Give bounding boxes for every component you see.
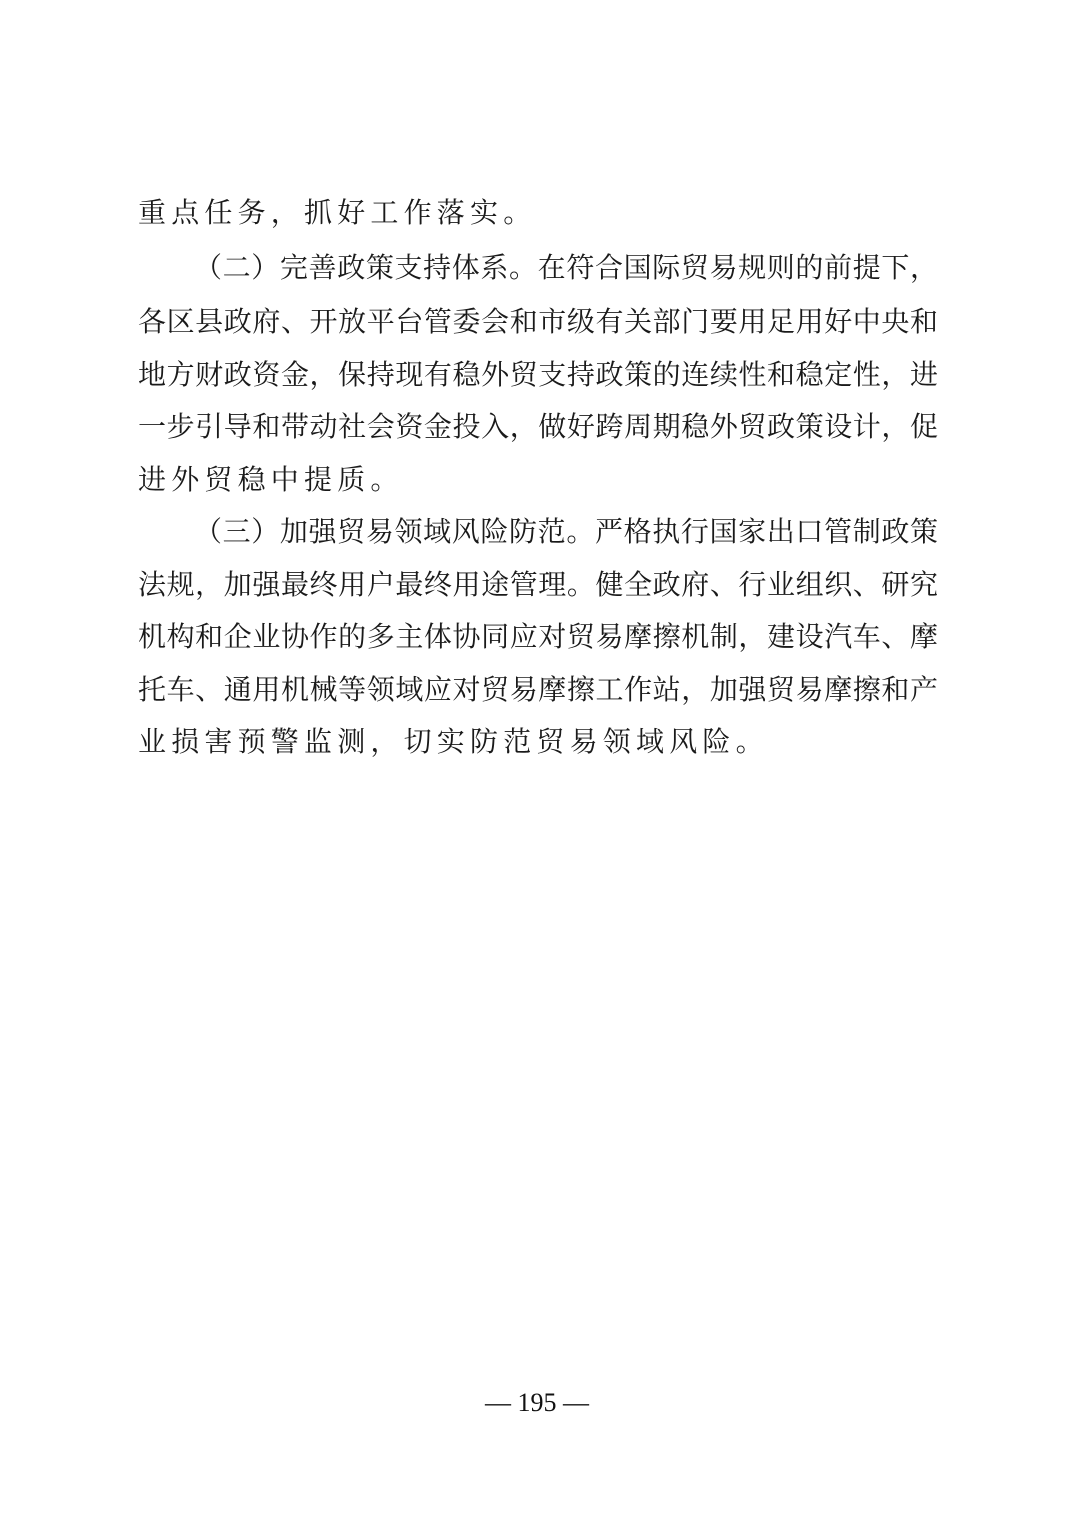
paragraph-line: 各区县政府、开放平台管委会和市级有关部门要用足用好中央和	[138, 306, 938, 338]
paragraph-line: 机构和企业协作的多主体协同应对贸易摩擦机制，建设汽车、摩	[138, 621, 938, 653]
section-heading-line: （二）完善政策支持体系。在符合国际贸易规则的前提下，	[194, 252, 938, 284]
page-number: — 195 —	[0, 1388, 1074, 1418]
paragraph-line: 托车、通用机械等领域应对贸易摩擦工作站，加强贸易摩擦和产	[138, 674, 938, 706]
paragraph-line: 法规，加强最终用户最终用途管理。健全政府、行业组织、研究	[138, 569, 938, 601]
paragraph-line: 重点任务，抓好工作落实。	[138, 197, 938, 229]
paragraph-line: 进外贸稳中提质。	[138, 464, 938, 496]
document-page: 重点任务，抓好工作落实。 （二）完善政策支持体系。在符合国际贸易规则的前提下， …	[0, 0, 1074, 1520]
section-heading-line: （三）加强贸易领域风险防范。严格执行国家出口管制政策	[194, 516, 938, 548]
paragraph-line: 业损害预警监测，切实防范贸易领域风险。	[138, 726, 938, 758]
paragraph-line: 地方财政资金，保持现有稳外贸支持政策的连续性和稳定性，进	[138, 359, 938, 391]
paragraph-line: 一步引导和带动社会资金投入，做好跨周期稳外贸政策设计，促	[138, 411, 938, 443]
